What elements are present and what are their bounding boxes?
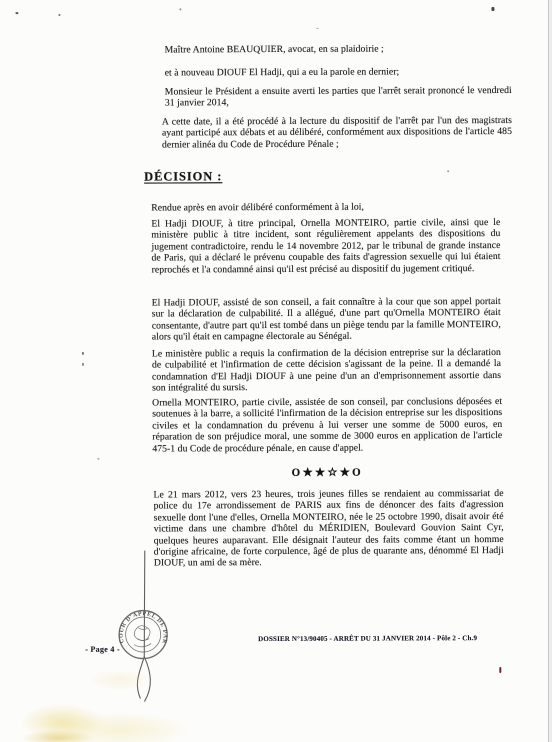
footer-dossier-reference: DOSSIER N°13/90405 - ARRÊT DU 31 JANVIER… bbox=[258, 634, 477, 643]
paper-sheet: Maître Antoine BEAUQUIER, avocat, en sa … bbox=[0, 0, 552, 742]
paragraph-rendue: Rendue après en avoir délibéré conformém… bbox=[151, 201, 501, 214]
scan-speck bbox=[82, 352, 84, 355]
scan-speck bbox=[179, 8, 181, 10]
paragraph-parole-en-dernier: et à nouveau DIOUF El Hadji, qui a eu la… bbox=[165, 66, 513, 79]
paragraph-appelants: El Hadji DIOUF, à titre principal, Ornel… bbox=[151, 217, 500, 276]
scan-speck bbox=[97, 458, 99, 460]
paragraph-ministere-public: Le ministère public a requis la confirma… bbox=[152, 347, 501, 394]
scan-speck bbox=[58, 14, 60, 16]
scan-speck bbox=[499, 667, 501, 673]
paragraph-partie-civile: Ornella MONTEIRO, partie civile, assisté… bbox=[152, 396, 502, 455]
scan-speck bbox=[447, 170, 449, 172]
scanned-court-document-page: Maître Antoine BEAUQUIER, avocat, en sa … bbox=[0, 0, 552, 742]
paragraph-appel-culpabilite: El Hadji DIOUF, assisté de son conseil, … bbox=[152, 296, 501, 343]
star-separator: O★★☆★O bbox=[152, 465, 502, 480]
seal-emblem bbox=[134, 626, 151, 647]
court-seal: COUR D'APPEL DE PARIS bbox=[101, 548, 190, 708]
paragraph-plaidoirie: Maître Antoine BEAUQUIER, avocat, en sa … bbox=[165, 43, 513, 56]
seal-rim-text: COUR D'APPEL DE PARIS bbox=[101, 548, 168, 644]
paragraph-president-avertissement: Monsieur le Président a ensuite averti l… bbox=[165, 85, 512, 109]
scan-speck bbox=[491, 7, 494, 11]
scan-speck bbox=[317, 28, 319, 29]
paragraph-faits: Le 21 mars 2012, vers 23 heures, trois j… bbox=[154, 488, 504, 569]
decision-heading: DÉCISION : bbox=[144, 169, 222, 184]
paragraph-lecture-dispositif: A cette date, il a été procédé à la lect… bbox=[162, 115, 512, 151]
scan-speck bbox=[82, 363, 84, 366]
svg-text:COUR D'APPEL DE PARIS: COUR D'APPEL DE PARIS bbox=[101, 548, 168, 644]
scan-page-edge bbox=[548, 0, 552, 742]
scan-speck bbox=[15, 12, 18, 14]
seal-stamp: COUR D'APPEL DE PARIS bbox=[101, 548, 168, 658]
